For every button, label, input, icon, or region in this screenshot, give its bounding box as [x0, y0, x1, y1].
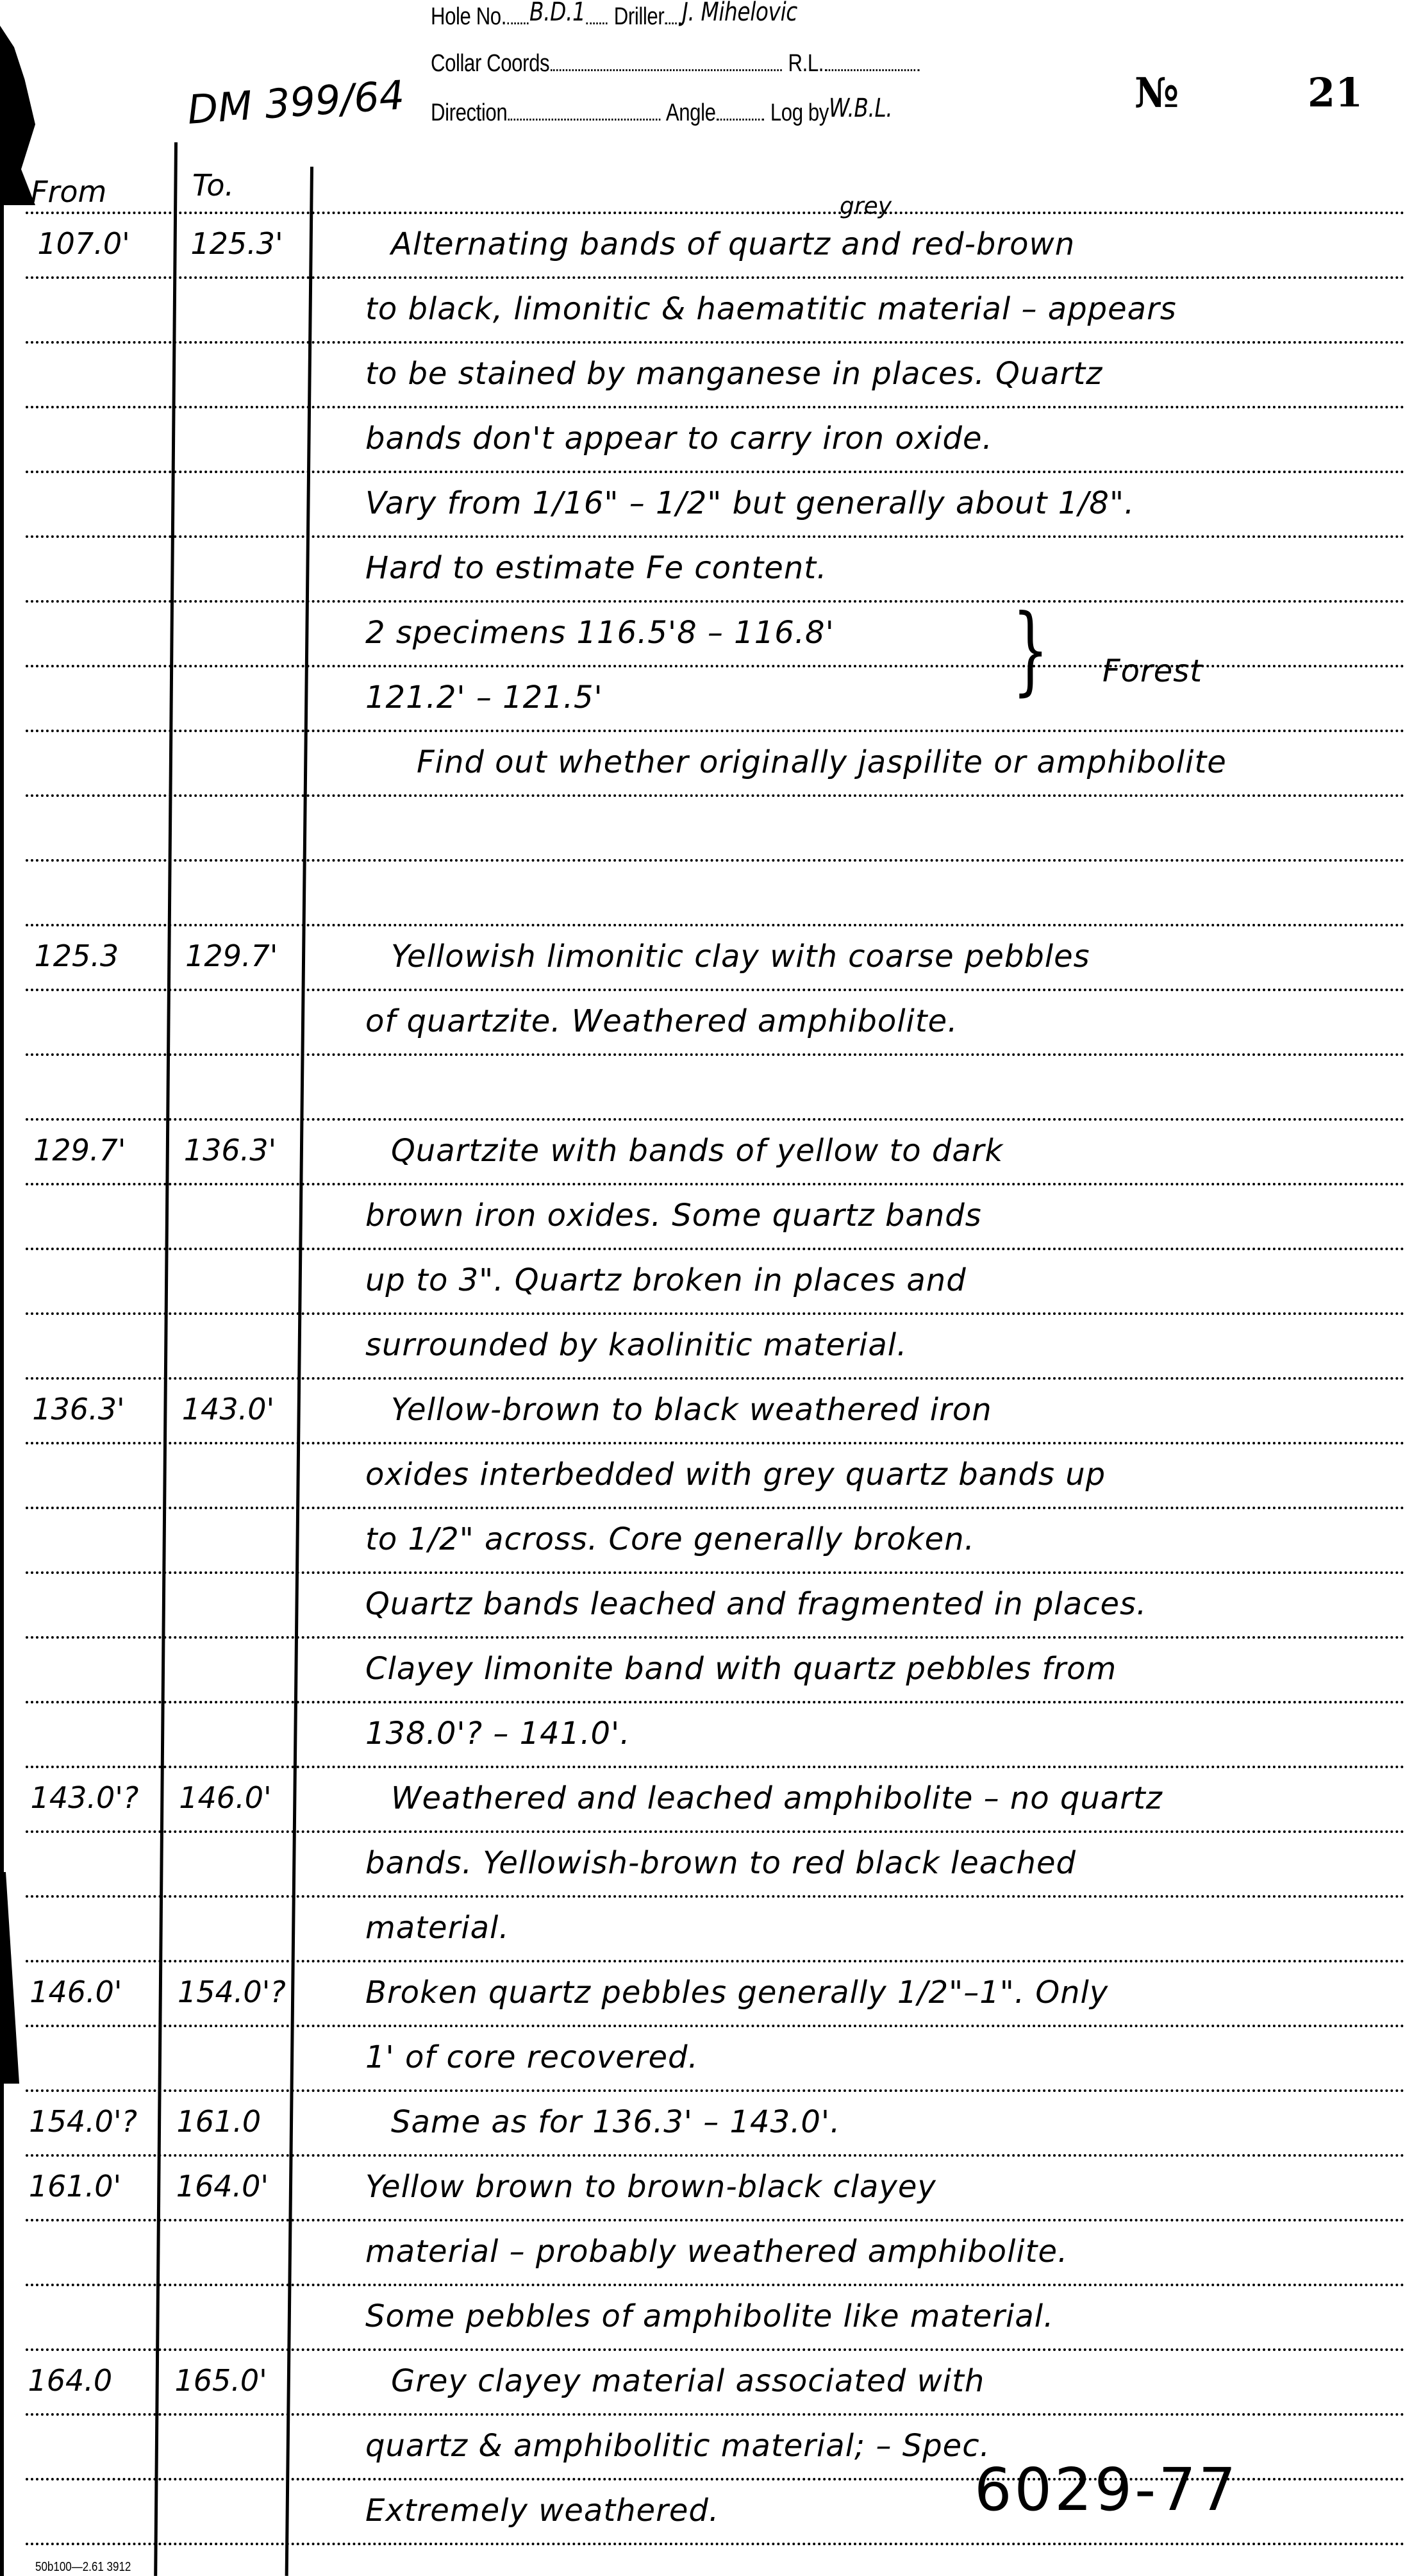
ruled-line	[26, 1636, 1405, 1639]
from-column-header: From	[31, 174, 106, 209]
depth-to: 161.0	[176, 2104, 261, 2139]
ruled-line	[26, 1053, 1405, 1056]
ruled-line	[26, 924, 1405, 926]
ruled-line	[26, 1766, 1405, 1768]
to-column-divider	[285, 167, 313, 2576]
document-number: 6029-77	[974, 2455, 1238, 2524]
hole-driller-row: Hole No.B.D.1 DrillerJ. Mihelovic	[431, 1, 797, 31]
drill-log-sheet: Hole No.B.D.1 DrillerJ. Mihelovic Collar…	[0, 0, 1405, 2576]
ruled-line	[26, 2543, 1405, 2545]
depth-to: 143.0'	[182, 1392, 274, 1426]
direction-angle-row: Direction Angle Log byW.B.L.	[431, 97, 892, 127]
description-line: Extremely weathered.	[365, 2493, 719, 2529]
description-line: Grey clayey material associated with	[391, 2363, 985, 2399]
description-line: Alternating bands of quartz and red-brow…	[391, 226, 1075, 262]
number-mark: №	[1135, 69, 1179, 117]
depth-from: 161.0'	[29, 2169, 121, 2204]
description-line: of quartzite. Weathered amphibolite.	[365, 1003, 958, 1039]
ruled-line	[26, 535, 1405, 538]
ruled-line	[26, 1571, 1405, 1574]
depth-from: 136.3'	[32, 1392, 124, 1426]
description-line: Clayey limonite band with quartz pebbles…	[365, 1651, 1117, 1687]
to-column-header: To.	[192, 168, 234, 203]
hole-no-label: Hole No.	[431, 3, 506, 30]
description-line: bands. Yellowish-brown to red black leac…	[365, 1845, 1076, 1881]
ruled-line	[26, 1183, 1405, 1185]
angle-label: Angle	[666, 99, 716, 126]
sheet-number: 21	[1308, 69, 1363, 116]
ruled-line	[26, 2413, 1405, 2416]
description-line: surrounded by kaolinitic material.	[365, 1327, 907, 1363]
ruled-line	[26, 2348, 1405, 2351]
description-line: Vary from 1/16" – 1/2" but generally abo…	[365, 485, 1135, 521]
ruled-line	[26, 471, 1405, 473]
depth-to: 165.0'	[174, 2363, 267, 2398]
torn-edge-shadow	[0, 26, 35, 205]
direction-label: Direction	[431, 99, 507, 126]
specimen-brace: }	[1012, 602, 1049, 698]
description-line: 1' of core recovered.	[365, 2039, 699, 2075]
log-by-label: Log by	[770, 99, 829, 126]
depth-from: 129.7'	[33, 1133, 126, 1167]
ruled-line	[26, 730, 1405, 732]
hole-no-value: B.D.1	[529, 0, 585, 27]
description-line: Yellow-brown to black weathered iron	[391, 1392, 992, 1428]
description-line: Quartzite with bands of yellow to dark	[391, 1133, 1003, 1169]
ruled-line	[26, 212, 1405, 214]
ruled-line	[26, 1507, 1405, 1509]
ruled-line	[26, 2089, 1405, 2092]
ruled-line	[26, 989, 1405, 991]
depth-from: 146.0'	[29, 1975, 122, 2009]
description-line: material – probably weathered amphibolit…	[365, 2234, 1068, 2270]
ruled-line	[26, 600, 1405, 603]
depth-from: 143.0'?	[31, 1780, 139, 1815]
description-line: quartz & amphibolitic material; – Spec.	[365, 2428, 990, 2464]
ruled-line	[26, 2219, 1405, 2221]
ruled-line	[26, 1895, 1405, 1898]
description-line: 121.2' – 121.5'	[365, 680, 603, 715]
collar-rl-row: Collar Coords R.L.	[431, 50, 920, 78]
page-edge-border	[0, 205, 4, 2576]
annotation-above: grey	[840, 193, 892, 219]
description-line: bands don't appear to carry iron oxide.	[365, 421, 993, 456]
log-by-value: W.B.L.	[829, 94, 892, 123]
from-column-divider	[154, 142, 178, 2576]
rl-label: R.L.	[788, 50, 824, 77]
description-line: Weathered and leached amphibolite – no q…	[391, 1780, 1163, 1816]
description-line: material.	[365, 1910, 510, 1946]
depth-to: 146.0'	[179, 1780, 271, 1815]
ruled-line	[26, 2025, 1405, 2027]
ruled-line	[26, 1701, 1405, 1703]
description-line: to be stained by manganese in places. Qu…	[365, 356, 1102, 392]
description-line: Same as for 136.3' – 143.0'.	[391, 2104, 840, 2140]
depth-from: 107.0'	[37, 226, 129, 261]
ruled-line	[26, 1960, 1405, 1962]
followup-note: Find out whether originally jaspilite or…	[417, 744, 1227, 780]
ruled-line	[26, 1377, 1405, 1380]
ruled-line	[26, 341, 1405, 344]
depth-to: 164.0'	[176, 2169, 269, 2204]
description-line: 138.0'? – 141.0'.	[365, 1716, 630, 1752]
depth-from: 125.3	[34, 939, 119, 973]
description-line: brown iron oxides. Some quartz bands	[365, 1198, 982, 1234]
ruled-line	[26, 794, 1405, 797]
description-line: to 1/2" across. Core generally broken.	[365, 1521, 975, 1557]
description-line: 2 specimens 116.5'8 – 116.8'	[365, 615, 835, 651]
description-line: Broken quartz pebbles generally 1/2"–1".…	[365, 1975, 1108, 2011]
reference-code: DM 399/64	[186, 71, 406, 133]
collar-coords-label: Collar Coords	[431, 50, 549, 77]
description-line: oxides interbedded with grey quartz band…	[365, 1457, 1106, 1493]
description-line: Some pebbles of amphibolite like materia…	[365, 2298, 1054, 2334]
ruled-line	[26, 2154, 1405, 2157]
description-line: to black, limonitic & haematitic materia…	[365, 291, 1177, 327]
ruled-line	[26, 859, 1405, 862]
description-line: Yellowish limonitic clay with coarse peb…	[391, 939, 1090, 974]
depth-from: 154.0'?	[29, 2104, 137, 2139]
specimen-note: Forest	[1102, 653, 1202, 689]
depth-from: 164.0	[28, 2363, 112, 2398]
ruled-line	[26, 276, 1405, 279]
description-line: Yellow brown to brown-black clayey	[365, 2169, 936, 2205]
driller-label: Driller	[614, 3, 664, 30]
description-line: Hard to estimate Fe content.	[365, 550, 827, 586]
depth-to: 136.3'	[184, 1133, 276, 1167]
form-print-code: 50b100—2.61 3912	[35, 2560, 131, 2575]
ruled-line	[26, 406, 1405, 408]
ruled-line	[26, 1442, 1405, 1444]
ruled-line	[26, 1312, 1405, 1315]
description-line: Quartz bands leached and fragmented in p…	[365, 1586, 1147, 1622]
ruled-line	[26, 2284, 1405, 2286]
ruled-line	[26, 1830, 1405, 1833]
driller-value: J. Mihelovic	[682, 0, 797, 27]
ruled-line	[26, 1248, 1405, 1250]
ruled-line	[26, 1118, 1405, 1121]
depth-to: 154.0'?	[178, 1975, 286, 2009]
description-line: up to 3". Quartz broken in places and	[365, 1262, 967, 1298]
depth-to: 125.3'	[190, 226, 283, 261]
depth-to: 129.7'	[185, 939, 278, 973]
